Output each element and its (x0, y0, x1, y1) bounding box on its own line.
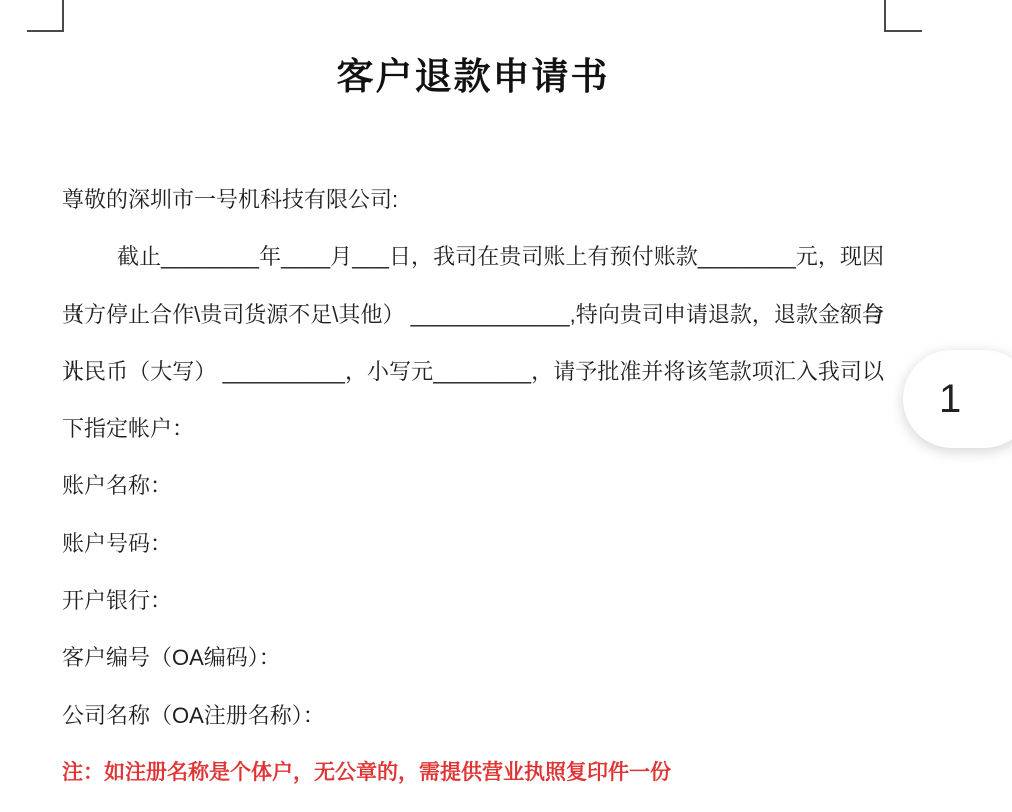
text-boundary-mark-top-right (884, 0, 922, 32)
document-page: 客户退款申请书 尊敬的深圳市一号机科技有限公司: 截止________年____… (0, 0, 1012, 812)
field-customer-oa-code: 客户编号（OA编码）： (62, 629, 884, 686)
field-account-name: 账户名称： (62, 457, 884, 514)
paragraph-line-2: 贵方停止合作\贵司货源不足\其他） _____________,特向贵司申请退款… (62, 286, 884, 343)
document-text: 尊敬的深圳市一号机科技有限公司: 截止________年____月___日，我司… (62, 171, 884, 801)
text-boundary-mark-top-left (27, 0, 64, 32)
paragraph-line-1: 截止________年____月___日，我司在贵司账上有预付账款_______… (62, 228, 884, 285)
page-number-indicator[interactable]: 1 (903, 350, 1012, 448)
field-account-number: 账户号码： (62, 515, 884, 572)
field-bank-name: 开户银行： (62, 572, 884, 629)
note-line: 注：如注册名称是个体户，无公章的，需提供营业执照复印件一份 (62, 744, 884, 801)
paragraph-line-3: 人民币（大写） __________，小写元________，请予批准并将该笔款… (62, 343, 884, 400)
page-number: 1 (939, 377, 961, 422)
greeting-line: 尊敬的深圳市一号机科技有限公司: (62, 171, 884, 228)
field-company-oa-name: 公司名称（OA注册名称）： (62, 687, 884, 744)
document-title: 客户退款申请书 (62, 46, 884, 100)
paragraph-line-4: 下指定帐户： (62, 400, 884, 457)
